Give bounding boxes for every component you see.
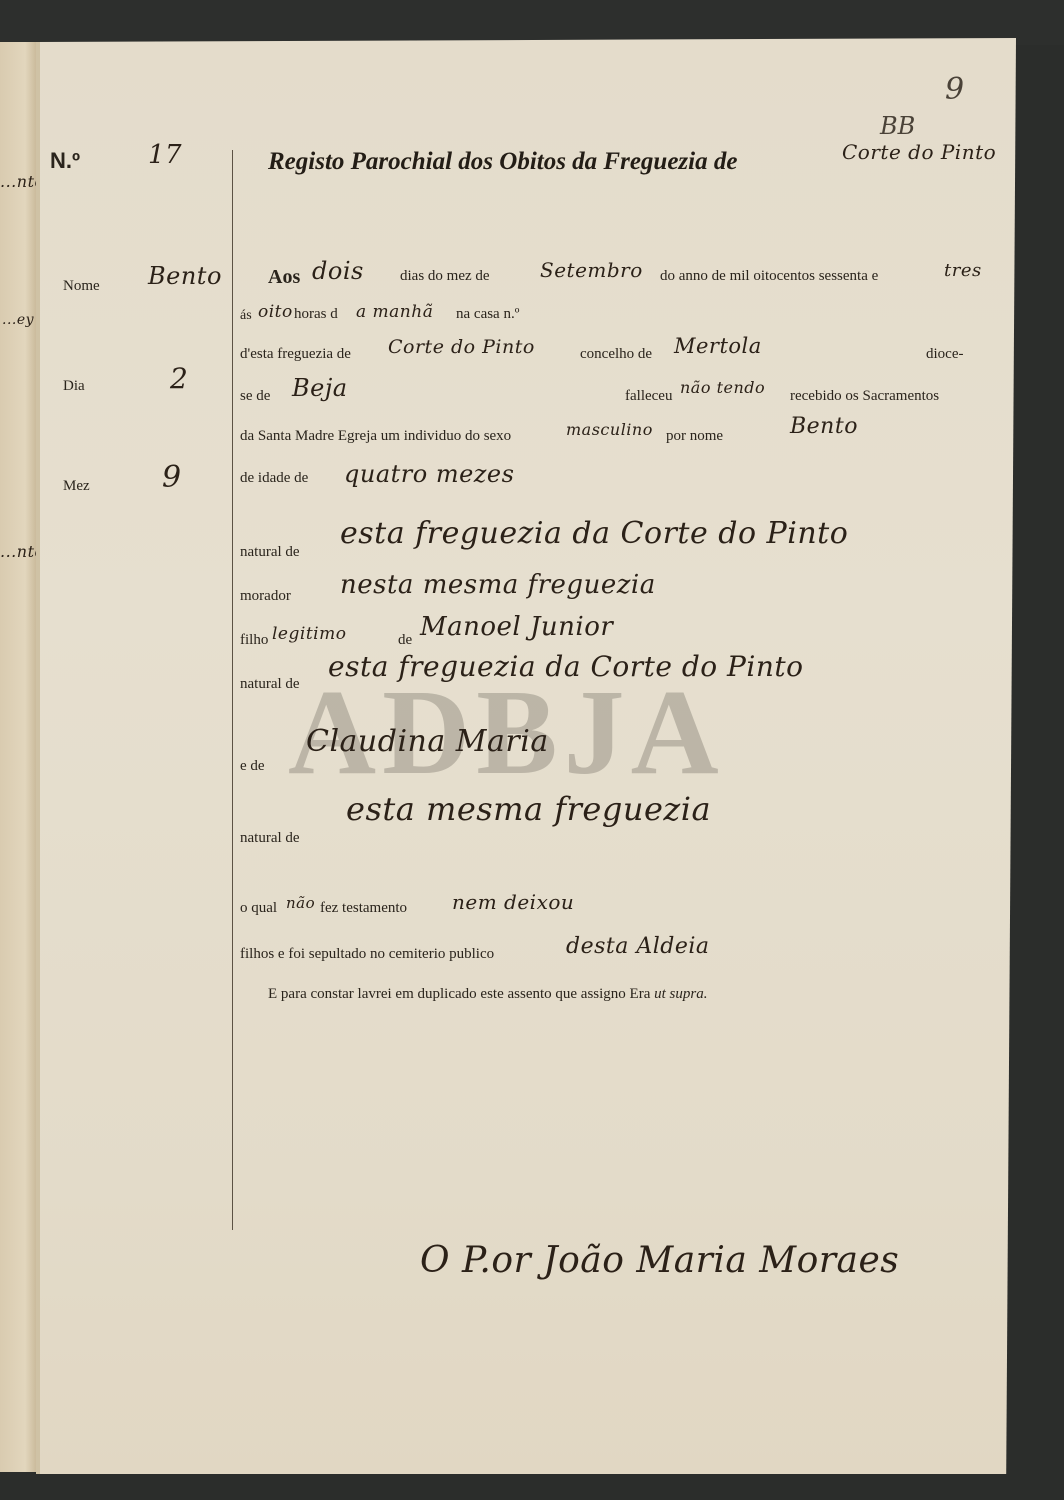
field-father-birthplace: esta freguezia da Corte do Pinto	[328, 650, 803, 683]
closing-text: E para constar lavrei em duplicado este …	[268, 986, 707, 1003]
title-parish: Corte do Pinto	[842, 140, 996, 164]
field-diocese: Beja	[292, 374, 348, 402]
text: ás	[240, 308, 252, 324]
priest-signature: O P.or João Maria Moraes	[420, 1240, 899, 1281]
field-legitimacy: legitimo	[272, 624, 346, 644]
pencil-annotation: BB	[880, 112, 915, 140]
text: do anno de mil oitocentos sessenta e	[660, 268, 878, 285]
text: horas d	[294, 306, 338, 323]
page-binding-edge	[36, 42, 40, 1474]
text: na casa n.º	[456, 306, 519, 323]
field-sex: masculino	[566, 420, 653, 439]
field-day: dois	[312, 257, 364, 285]
field-sacraments-status: não tendo	[680, 378, 765, 397]
column-divider	[232, 150, 233, 1230]
text: filhos e foi sepultado no cemiterio publ…	[240, 946, 494, 963]
field-cemetery: desta Aldeia	[566, 934, 710, 959]
text: recebido os Sacramentos	[790, 388, 939, 405]
field-parish: Corte do Pinto	[388, 336, 535, 358]
text: o qual	[240, 900, 277, 917]
field-residence: nesta mesma freguezia	[340, 570, 656, 600]
text: morador	[240, 588, 291, 605]
page-title: Registo Parochial dos Obitos da Freguezi…	[268, 148, 737, 176]
margin-label-mez: Mez	[63, 478, 90, 495]
field-age: quatro mezes	[344, 460, 514, 488]
text: de	[398, 632, 412, 649]
text: falleceu	[625, 388, 672, 405]
margin-value-dia: 2	[170, 362, 188, 395]
field-negation: não	[286, 894, 315, 912]
text: de idade de	[240, 470, 308, 487]
margin-label-nome: Nome	[63, 278, 100, 295]
text: dias do mez de	[400, 268, 490, 285]
text: da Santa Madre Egreja um individuo do se…	[240, 428, 511, 445]
prev-page-fragment: ...ey	[2, 312, 34, 328]
field-mother-birthplace: esta mesma freguezia	[346, 790, 711, 828]
closing-text-italic: ut supra.	[654, 986, 707, 1002]
text: natural de	[240, 830, 300, 847]
scanner-background	[0, 0, 1064, 45]
text: natural de	[240, 544, 300, 561]
text: d'esta freguezia de	[240, 346, 351, 363]
field-mother: Claudina Maria	[306, 724, 549, 759]
field-name: Bento	[790, 414, 858, 439]
folio-number: 9	[945, 72, 964, 107]
text-aos: Aos	[268, 266, 300, 289]
field-month: Setembro	[540, 258, 643, 282]
text: fez testamento	[320, 900, 407, 917]
field-birthplace: esta freguezia da Corte do Pinto	[340, 516, 848, 551]
previous-page-edge: ...nto ...ey ...nto	[0, 42, 37, 1472]
field-father: Manoel Junior	[420, 612, 613, 642]
closing-text-main: E para constar lavrei em duplicado este …	[268, 986, 650, 1002]
text: dioce-	[926, 346, 963, 363]
text: filho	[240, 632, 268, 649]
entry-number-value: 17	[148, 140, 182, 170]
text: natural de	[240, 676, 300, 693]
field-hour: oito	[258, 302, 293, 322]
margin-value-mez: 9	[162, 460, 182, 495]
field-will: nem deixou	[452, 890, 574, 914]
margin-value-nome: Bento	[148, 262, 222, 290]
entry-number-label: N.º	[50, 148, 80, 174]
field-period: a manhã	[356, 302, 433, 322]
field-year: tres	[944, 260, 982, 281]
text: se de	[240, 388, 270, 405]
text: concelho de	[580, 346, 652, 363]
text: por nome	[666, 428, 723, 445]
margin-label-dia: Dia	[63, 378, 85, 395]
field-county: Mertola	[674, 334, 762, 358]
text: e de	[240, 758, 265, 775]
